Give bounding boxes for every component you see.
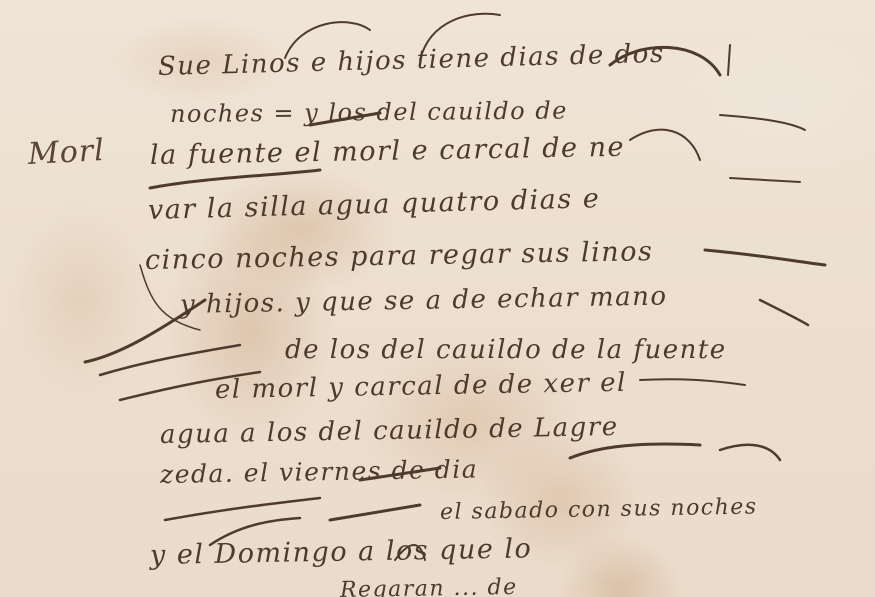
manuscript-line-7: de los del cauildo de la fuente	[285, 335, 727, 365]
manuscript-line-13: Regaran ... de	[340, 575, 518, 597]
manuscript-page: Morl Sue Linos e hijos tiene dias de dos…	[0, 0, 875, 597]
manuscript-line-10: zeda. el viernes de dia	[160, 454, 479, 489]
manuscript-line-2: noches = y los del cauildo de	[170, 97, 568, 128]
margin-annotation: Morl	[27, 133, 105, 172]
